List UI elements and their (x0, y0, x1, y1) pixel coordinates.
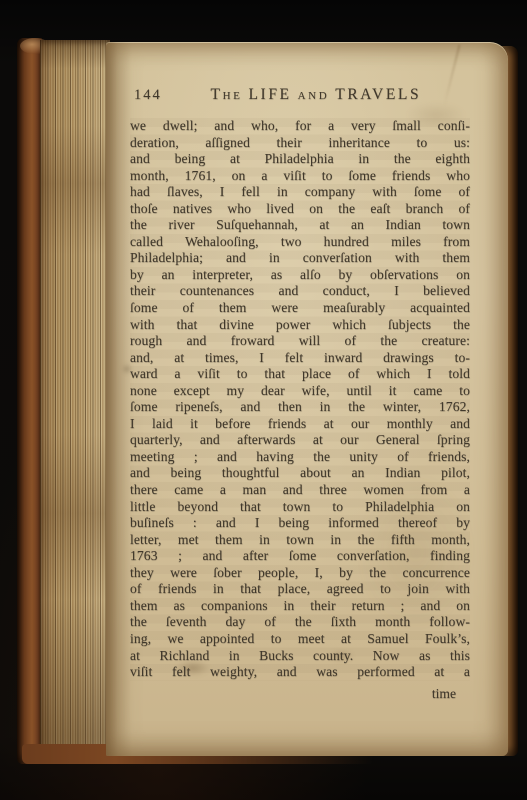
body-text-line: meeting ; and having the unity of friend… (130, 449, 470, 466)
page-number: 144 (134, 87, 162, 104)
page-stack-fore-edge (40, 40, 110, 757)
body-text: we dwell; and who, for a very ſmall conſ… (130, 118, 470, 681)
title-word: LIFE (248, 86, 291, 103)
body-text-line: rough and froward will of the creature: (130, 333, 470, 350)
title-word: and (298, 86, 330, 103)
body-text-line: and, at times, I felt inward drawings to… (130, 350, 470, 367)
body-text-line: quarterly, and afterwards at our General… (130, 432, 470, 449)
body-text-line: thoſe natives who lived on the eaſt bran… (130, 201, 470, 218)
body-text-line: viſit felt weighty, and was performed at… (130, 664, 470, 681)
catchword: time (130, 686, 470, 703)
leather-spine-edge (17, 38, 42, 764)
body-text-line: and being thoughtful about an Indian pil… (130, 465, 470, 482)
body-text-line: little beyond that town to Philadelphia … (130, 499, 470, 516)
title-word: The (211, 86, 243, 103)
body-text-line: their countenances and conduct, I believ… (130, 283, 470, 300)
body-text-line: the ſeventh day of the ſixth month follo… (130, 614, 470, 631)
body-text-line: Philadelphia; and in converſation with t… (130, 250, 470, 267)
body-text-line: month, 1761, on a viſit to ſome friends … (130, 168, 470, 185)
body-text-line: called Wehalooſing, two hundred miles fr… (130, 234, 470, 251)
body-text-line: 1763 ; and after ſome converſation, find… (130, 548, 470, 565)
body-text-line: them as companions in their return ; and… (130, 598, 470, 615)
body-text-line: letter, met them in town in the fifth mo… (130, 532, 470, 549)
body-text-line: had ſlaves, I fell in company with ſome … (130, 184, 470, 201)
body-text-line: there came a man and three women from a (130, 482, 470, 499)
body-text-line: they were ſober people, I, by the concur… (130, 565, 470, 582)
body-text-line: deration, aſſigned their inheritance to … (130, 135, 470, 152)
body-text-line: by an interpreter, as alſo by obſervatio… (130, 267, 470, 284)
body-text-line: of friends in that place, agreed to join… (130, 581, 470, 598)
body-text-line: ward a viſit to that place of which I to… (130, 366, 470, 383)
body-text-line: ſome of them were meaſurably acquainted (130, 300, 470, 317)
body-text-line: at Richland in Bucks county. Now as this (130, 648, 470, 665)
body-text-line: ing, we appointed to meet at Samuel Foul… (130, 631, 470, 648)
book-photograph: 144 TheLIFEandTRAVELS we dwell; and who,… (0, 0, 527, 800)
body-text-line: none except my dear wife, until it came … (130, 383, 470, 400)
body-text-line: I laid it before friends at our monthly … (130, 416, 470, 433)
running-head: 144 TheLIFEandTRAVELS (130, 86, 470, 108)
printed-text-block: 144 TheLIFEandTRAVELS we dwell; and who,… (130, 86, 470, 702)
body-text-line: buſineſs : and I being informed thereof … (130, 515, 470, 532)
body-text-line: we dwell; and who, for a very ſmall conſ… (130, 118, 470, 135)
title-word: TRAVELS (335, 86, 421, 103)
page-title: TheLIFEandTRAVELS (162, 86, 470, 104)
book-page: 144 TheLIFEandTRAVELS we dwell; and who,… (106, 42, 508, 756)
body-text-line: and being at Philadelphia in the eighth (130, 151, 470, 168)
body-text-line: ſome ripeneſs, and then in the winter, 1… (130, 399, 470, 416)
body-text-line: with that divine power which ſubjects th… (130, 317, 470, 334)
body-text-line: the river Suſquehannah, at an Indian tow… (130, 217, 470, 234)
